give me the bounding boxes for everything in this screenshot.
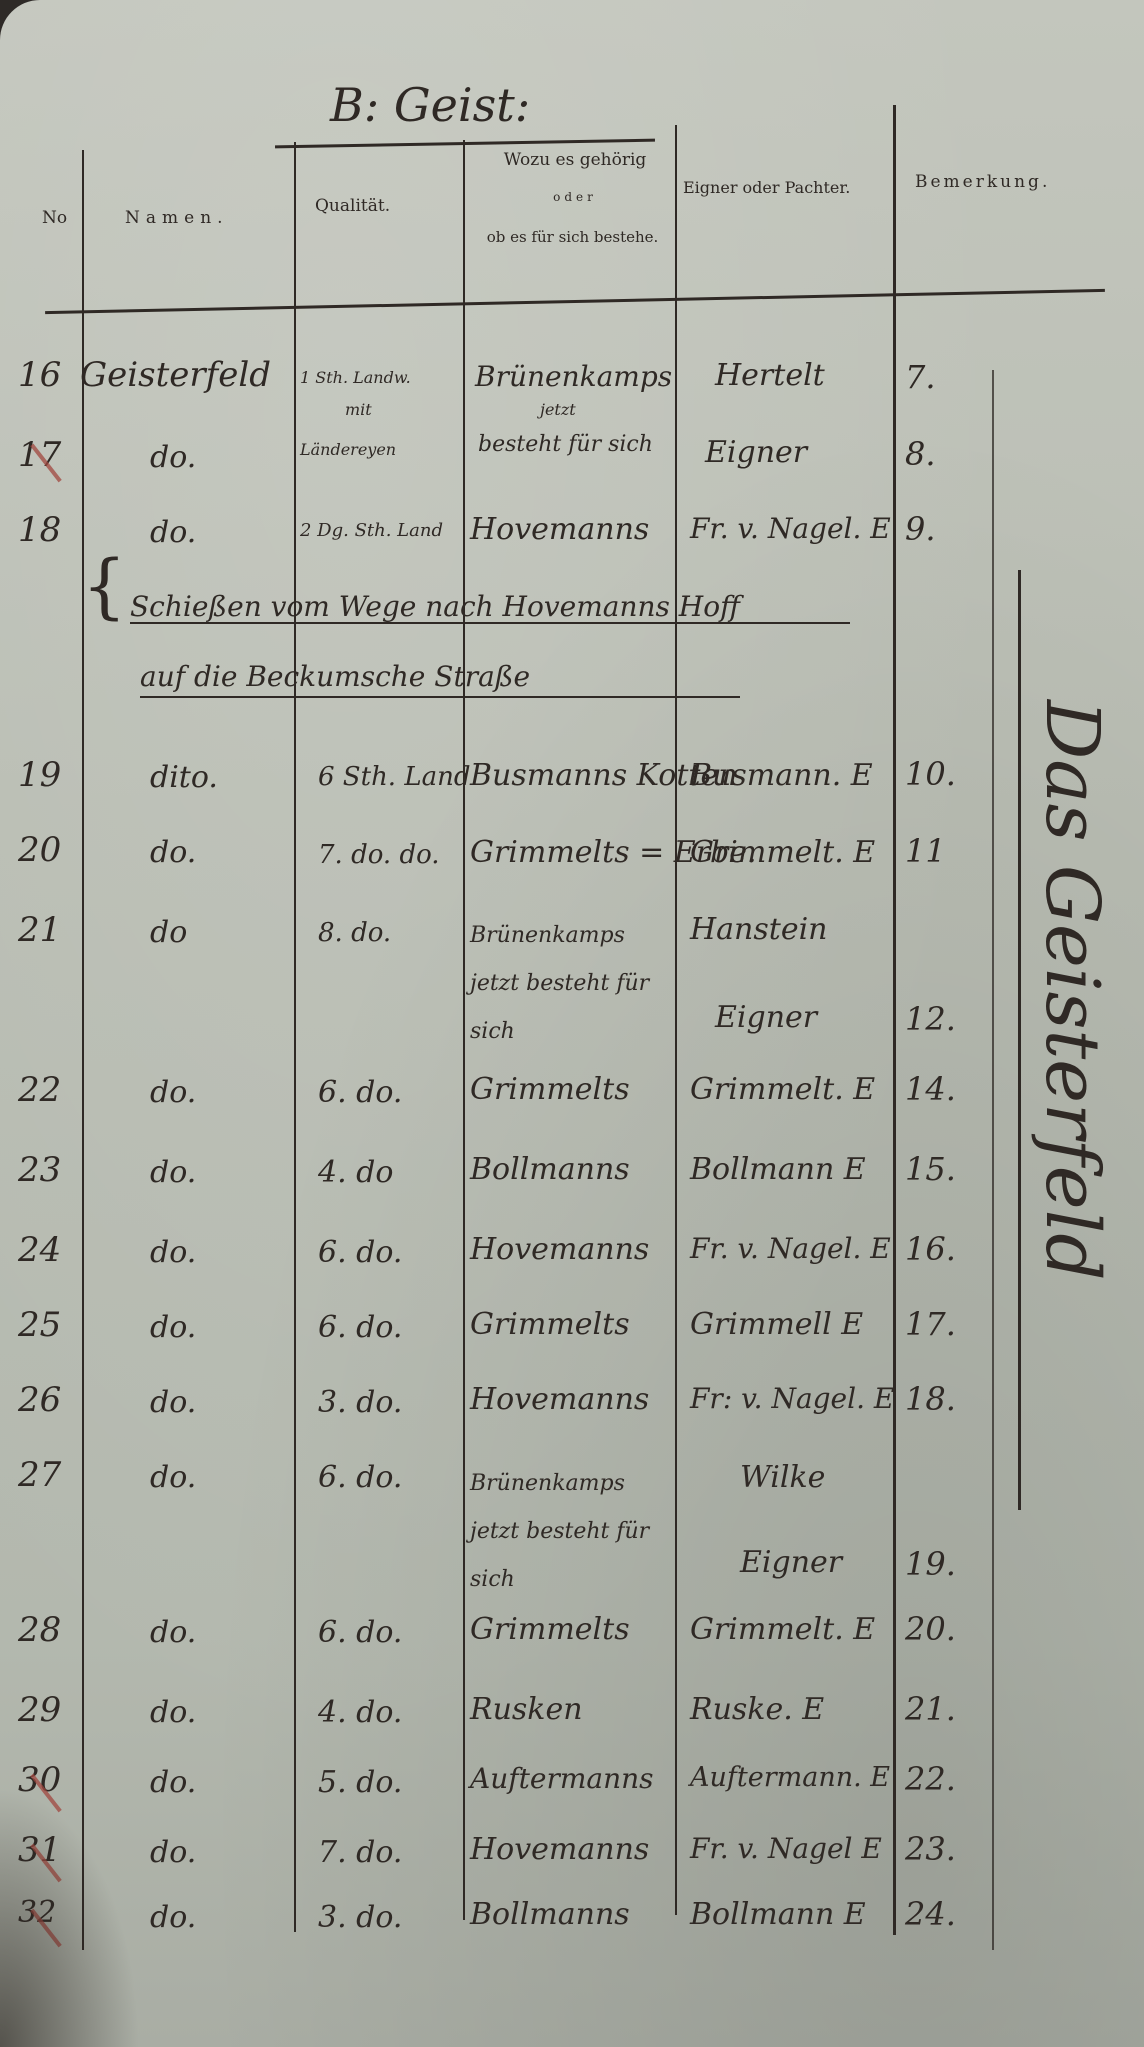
- row-30-quality: 5. do.: [318, 1765, 402, 1800]
- row-26-no: 26: [18, 1380, 61, 1420]
- row-19-quality: 6 Sth. Land: [318, 762, 471, 792]
- row-31-owner: Fr. v. Nagel E: [690, 1832, 882, 1865]
- row-22-owner: Grimmelt. E: [690, 1072, 875, 1107]
- row-18-owner: Fr. v. Nagel. E: [690, 512, 891, 545]
- row-16-quality-a: 1 Sth. Landw.: [300, 368, 411, 387]
- row-22-no: 22: [18, 1070, 61, 1110]
- row-27-name: do.: [150, 1460, 196, 1495]
- row-30-owner: Auftermann. E: [690, 1762, 890, 1793]
- row-19-remark: 10.: [905, 755, 956, 793]
- row-28-quality: 6. do.: [318, 1615, 402, 1650]
- row-18-belongs: Hovemanns: [470, 512, 649, 547]
- row-16-owner: Hertelt: [715, 358, 825, 393]
- row-18-no: 18: [18, 510, 61, 550]
- header-eigner: Eigner oder Pachter.: [683, 178, 850, 197]
- row-26-owner: Fr: v. Nagel. E: [690, 1382, 894, 1415]
- row-29-belongs: Rusken: [470, 1692, 583, 1727]
- row-24-belongs: Hovemanns: [470, 1232, 649, 1267]
- row-16-name: Geisterfeld: [80, 355, 271, 395]
- side-annotation-rule: [1018, 570, 1021, 1510]
- note-brace: {: [82, 545, 127, 627]
- note-line-2: auf die Beckumsche Straße: [140, 660, 530, 693]
- row-22-name: do.: [150, 1075, 196, 1110]
- row-29-remark: 21.: [905, 1690, 956, 1728]
- row-24-remark: 16.: [905, 1230, 956, 1268]
- row-21-quality: 8. do.: [318, 918, 391, 948]
- row-26-quality: 3. do.: [318, 1385, 402, 1420]
- header-wozu-line2: oder: [480, 190, 670, 204]
- row-27-owner-a: Wilke: [740, 1460, 825, 1495]
- side-annotation: Das Geisterfeld: [1029, 700, 1115, 1281]
- header-qualitaet: Qualität.: [315, 196, 390, 216]
- note-line-1: Schießen vom Wege nach Hovemanns Hoff: [130, 590, 740, 623]
- row-28-belongs: Grimmelts: [470, 1612, 630, 1647]
- row-24-name: do.: [150, 1235, 196, 1270]
- row-31-no: 31: [18, 1830, 61, 1870]
- red-check-mark: [30, 1844, 61, 1883]
- row-17-owner: Eigner: [705, 435, 807, 470]
- note-line-2-underline: [140, 696, 740, 698]
- row-21-no: 21: [18, 910, 61, 950]
- margin-brace-line: [992, 370, 994, 1950]
- row-16-quality-b: mit: [345, 400, 372, 419]
- row-25-remark: 17.: [905, 1305, 956, 1343]
- row-16-belongs-b: jetzt: [540, 400, 576, 419]
- row-32-owner: Bollmann E: [690, 1897, 866, 1932]
- row-29-no: 29: [18, 1690, 61, 1730]
- row-25-no: 25: [18, 1305, 61, 1345]
- row-16-belongs-c: besteht für sich: [478, 432, 653, 457]
- row-23-quality: 4. do: [318, 1155, 393, 1190]
- row-27-owner-b: Eigner: [740, 1545, 842, 1580]
- column-rule-qualitaet: [463, 140, 465, 1920]
- column-rule-eigner: [893, 105, 896, 1935]
- row-31-quality: 7. do.: [318, 1835, 402, 1870]
- column-rule-no: [82, 150, 84, 1950]
- row-23-no: 23: [18, 1150, 61, 1190]
- page-title: B: Geist:: [330, 78, 530, 132]
- row-30-name: do.: [150, 1765, 196, 1800]
- row-21-belongs: Brünenkamps jetzt besteht für sich: [470, 912, 680, 1056]
- row-20-name: do.: [150, 835, 196, 870]
- header-wozu-line3: ob es für sich bestehe.: [470, 228, 675, 246]
- row-23-remark: 15.: [905, 1150, 956, 1188]
- row-28-owner: Grimmelt. E: [690, 1612, 875, 1647]
- row-20-quality: 7. do. do.: [318, 840, 440, 870]
- row-26-name: do.: [150, 1385, 196, 1420]
- row-22-quality: 6. do.: [318, 1075, 402, 1110]
- row-16-no: 16: [18, 355, 61, 395]
- red-check-mark: [30, 1909, 61, 1948]
- row-31-remark: 23.: [905, 1830, 956, 1868]
- row-30-remark: 22.: [905, 1760, 956, 1798]
- row-22-remark: 14.: [905, 1070, 956, 1108]
- row-30-no: 30: [18, 1760, 61, 1800]
- row-28-remark: 20.: [905, 1610, 956, 1648]
- row-29-quality: 4. do.: [318, 1695, 402, 1730]
- row-21-remark: 12.: [905, 1000, 956, 1038]
- row-28-no: 28: [18, 1610, 61, 1650]
- row-20-remark: 11: [905, 832, 946, 870]
- row-18-name: do.: [150, 515, 196, 550]
- row-29-name: do.: [150, 1695, 196, 1730]
- row-22-belongs: Grimmelts: [470, 1072, 630, 1107]
- row-28-name: do.: [150, 1615, 196, 1650]
- row-21-owner-b: Eigner: [715, 1000, 817, 1035]
- header-no: No: [42, 208, 67, 228]
- title-underline: [275, 139, 655, 149]
- row-27-remark: 19.: [905, 1545, 956, 1583]
- header-namen: Namen.: [125, 208, 229, 228]
- row-27-no: 27: [18, 1455, 61, 1495]
- row-25-owner: Grimmell E: [690, 1307, 863, 1342]
- row-19-name: dito.: [150, 760, 218, 795]
- row-20-no: 20: [18, 830, 61, 870]
- row-21-owner-a: Hanstein: [690, 912, 828, 947]
- row-32-remark: 24.: [905, 1895, 956, 1933]
- row-26-belongs: Hovemanns: [470, 1382, 649, 1417]
- row-24-owner: Fr. v. Nagel. E: [690, 1232, 891, 1265]
- row-19-no: 19: [18, 755, 61, 795]
- row-32-no: 32: [18, 1895, 56, 1930]
- row-23-name: do.: [150, 1155, 196, 1190]
- row-29-owner: Ruske. E: [690, 1692, 824, 1727]
- row-31-name: do.: [150, 1835, 196, 1870]
- row-24-no: 24: [18, 1230, 61, 1270]
- header-bottom-rule: [45, 289, 1105, 314]
- row-32-name: do.: [150, 1900, 196, 1935]
- row-25-quality: 6. do.: [318, 1310, 402, 1345]
- column-rule-namen: [294, 142, 296, 1932]
- row-16-quality-c: Ländereyen: [300, 440, 396, 459]
- row-23-belongs: Bollmanns: [470, 1152, 630, 1187]
- row-20-owner: Grimmelt. E: [690, 835, 875, 870]
- row-19-owner: Busmann. E: [690, 758, 873, 793]
- row-18-remark: 9.: [905, 510, 936, 548]
- row-18-quality: 2 Dg. Sth. Land: [300, 520, 443, 541]
- header-wozu-line1: Wozu es gehörig: [480, 150, 670, 170]
- row-26-remark: 18.: [905, 1380, 956, 1418]
- row-25-belongs: Grimmelts: [470, 1307, 630, 1342]
- note-line-1-underline: [130, 622, 850, 624]
- row-21-name: do: [150, 915, 187, 950]
- row-25-name: do.: [150, 1310, 196, 1345]
- row-23-owner: Bollmann E: [690, 1152, 866, 1187]
- row-24-quality: 6. do.: [318, 1235, 402, 1270]
- row-17-name: do.: [150, 440, 196, 475]
- header-bemerkung: Bemerkung.: [915, 172, 1050, 192]
- row-16-remark: 7.: [905, 358, 936, 396]
- row-27-belongs: Brünenkamps jetzt besteht für sich: [470, 1460, 680, 1604]
- row-32-belongs: Bollmanns: [470, 1897, 630, 1932]
- row-16-belongs-a: Brünenkamps: [475, 360, 672, 393]
- row-17-remark: 8.: [905, 435, 936, 473]
- row-27-quality: 6. do.: [318, 1460, 402, 1495]
- row-31-belongs: Hovemanns: [470, 1832, 649, 1867]
- row-32-quality: 3. do.: [318, 1900, 402, 1935]
- row-30-belongs: Auftermanns: [470, 1762, 654, 1795]
- manuscript-page: B: Geist: No Namen. Qualität. Wozu es ge…: [0, 0, 1144, 2047]
